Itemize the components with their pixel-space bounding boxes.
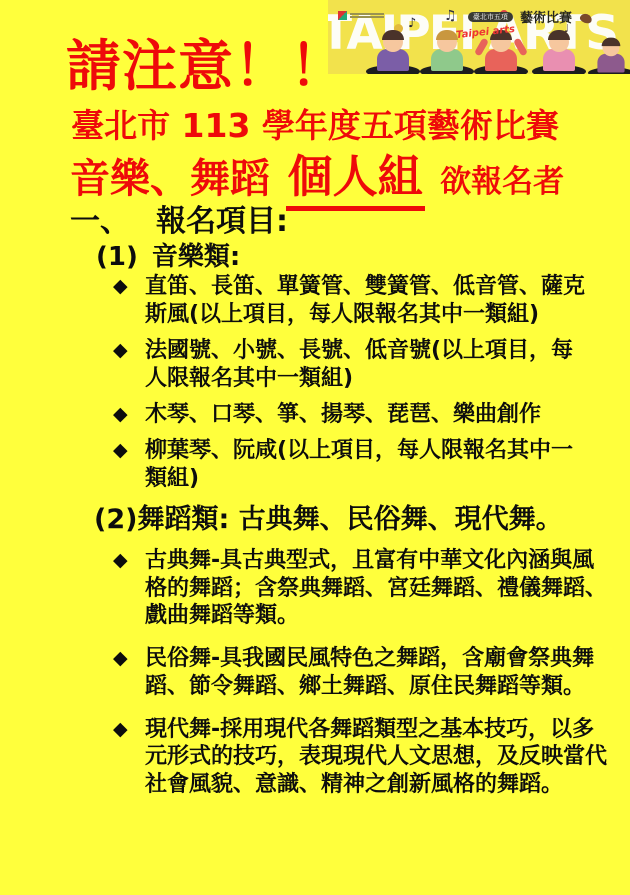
list-item: ◆柳葉琴、阮咸(以上項目，每人限報名其中一類組) [113,437,595,493]
arts-competition-badge: 臺北市五項 藝術比賽 [468,6,572,26]
section-number: 一、 [70,204,130,239]
org-logo-text-lines [350,12,384,19]
list-item-text: 直笛、長笛、單簧管、雙簧管、低音管、薩克斯風(以上項目，每人限報名其中一類組) [145,274,585,327]
list-item: ◆木琴、口琴、箏、揚琴、琵琶、樂曲創作 [113,401,595,429]
diamond-bullet-icon: ◆ [113,718,137,742]
diamond-bullet-icon: ◆ [113,549,137,573]
list-item-text: 柳葉琴、阮咸(以上項目，每人限報名其中一類組) [145,438,573,491]
list-item: ◆法國號、小號、長號、低音號(以上項目，每人限報名其中一類組) [113,337,595,393]
badge-pill: 臺北市五項 [468,12,513,22]
section-title: 報名項目: [156,204,288,239]
dance-items-list: ◆古典舞-具古典型式，且富有中華文化內涵與風格的舞蹈；含祭典舞蹈、宮廷舞蹈、禮儀… [113,547,607,814]
list-item-text: 古典舞-具古典型式，且富有中華文化內涵與風格的舞蹈；含祭典舞蹈、宮廷舞蹈、禮儀舞… [145,548,607,628]
list-item-text: 木琴、口琴、箏、揚琴、琵琶、樂曲創作 [145,402,541,427]
list-item: ◆直笛、長笛、單簧管、雙簧管、低音管、薩克斯風(以上項目，每人限報名其中一類組) [113,273,595,329]
music-note-icon: ♪ [408,16,416,31]
cartoon-kid-figure [366,30,420,74]
diamond-bullet-icon: ◆ [113,438,137,462]
list-item-text: 民俗舞-具我國民風特色之舞蹈，含廟會祭典舞蹈、節令舞蹈、鄉土舞蹈、原住民舞蹈等類… [145,646,594,699]
badge-label: 藝術比賽 [520,7,572,26]
list-item-text: 法國號、小號、長號、低音號(以上項目，每人限報名其中一類組) [145,338,573,391]
section-heading-registration-items: 一、報名項目: [70,196,288,240]
subsection-number: (1) [96,242,138,272]
diamond-bullet-icon: ◆ [113,338,137,362]
education-bureau-logo-icon [338,5,384,24]
list-item: ◆古典舞-具古典型式，且富有中華文化內涵與風格的舞蹈；含祭典舞蹈、宮廷舞蹈、禮儀… [113,547,607,630]
individual-group-highlight: 個人組 [286,140,425,211]
list-item: ◆民俗舞-具我國民風特色之舞蹈，含廟會祭典舞蹈、節令舞蹈、鄉土舞蹈、原住民舞蹈等… [113,645,607,700]
diamond-bullet-icon: ◆ [113,274,137,298]
diamond-bullet-icon: ◆ [113,647,137,671]
cartoon-kid-figure [532,30,586,74]
subsection-heading-dance: (2)舞蹈類: 古典舞、民俗舞、現代舞。 [94,497,563,536]
diamond-bullet-icon: ◆ [113,402,137,426]
alert-title: 請注意！！ [66,22,346,101]
subsection-number: (2) [94,504,137,535]
music-items-list: ◆直笛、長笛、單簧管、雙簧管、低音管、薩克斯風(以上項目，每人限報名其中一類組)… [113,273,595,501]
subtitle-applicants: 欲報名者 [440,164,564,200]
music-note-icon: ♫ [444,8,457,24]
taipei-arts-banner: TAIPEI ARTS 臺北市五項 藝術比賽 Taipei arts ♪ ♫ ♪… [328,0,630,74]
subsection-title: 音樂類: [152,242,240,272]
list-item-text: 現代舞-採用現代各舞蹈類型之基本技巧，以多元形式的技巧，表現現代人文思想，及反映… [145,717,607,797]
subsection-title: 舞蹈類: 古典舞、民俗舞、現代舞。 [137,504,562,535]
org-logo-mark-icon [338,11,347,20]
subsection-heading-music: (1)音樂類: [96,236,240,273]
list-item: ◆現代舞-採用現代各舞蹈類型之基本技巧，以多元形式的技巧，表現現代人文思想，及反… [113,716,607,799]
cartoon-kid-figure [588,38,630,74]
